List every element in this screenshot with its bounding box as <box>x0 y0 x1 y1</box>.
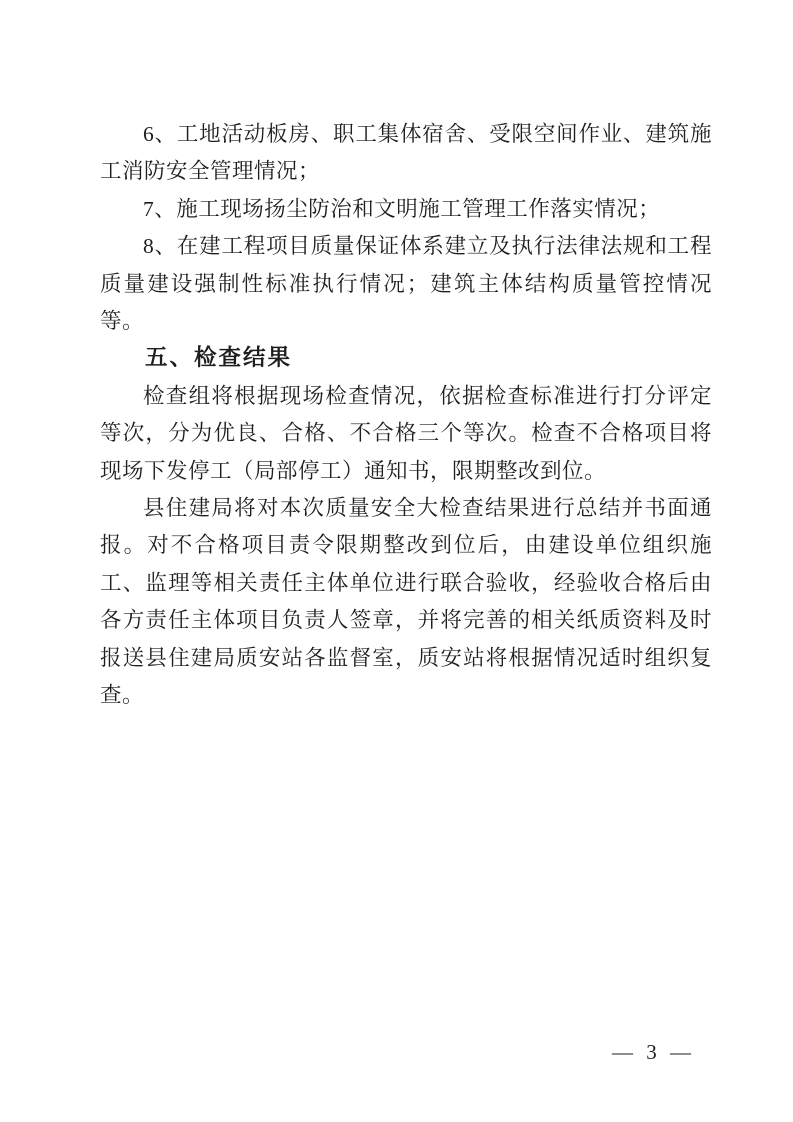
page-number: — 3 — <box>612 1038 695 1066</box>
paragraph-inspection-grading: 检查组将根据现场检查情况，依据检查标准进行打分评定等次，分为优良、合格、不合格三… <box>100 378 712 490</box>
section-heading: 五、检查结果 <box>100 340 712 377</box>
document-body: 6、工地活动板房、职工集体宿舍、受限空间作业、建筑施工消防安全管理情况； 7、施… <box>100 116 712 715</box>
list-item-7: 7、施工现场扬尘防治和文明施工管理工作落实情况； <box>100 191 712 228</box>
document-page: 6、工地活动板房、职工集体宿舍、受限空间作业、建筑施工消防安全管理情况； 7、施… <box>0 0 793 1122</box>
list-item-6: 6、工地活动板房、职工集体宿舍、受限空间作业、建筑施工消防安全管理情况； <box>100 116 712 191</box>
list-item-8: 8、在建工程项目质量保证体系建立及执行法律法规和工程质量建设强制性标准执行情况；… <box>100 228 712 340</box>
paragraph-summary-notification: 县住建局将对本次质量安全大检查结果进行总结并书面通报。对不合格项目责令限期整改到… <box>100 490 712 714</box>
